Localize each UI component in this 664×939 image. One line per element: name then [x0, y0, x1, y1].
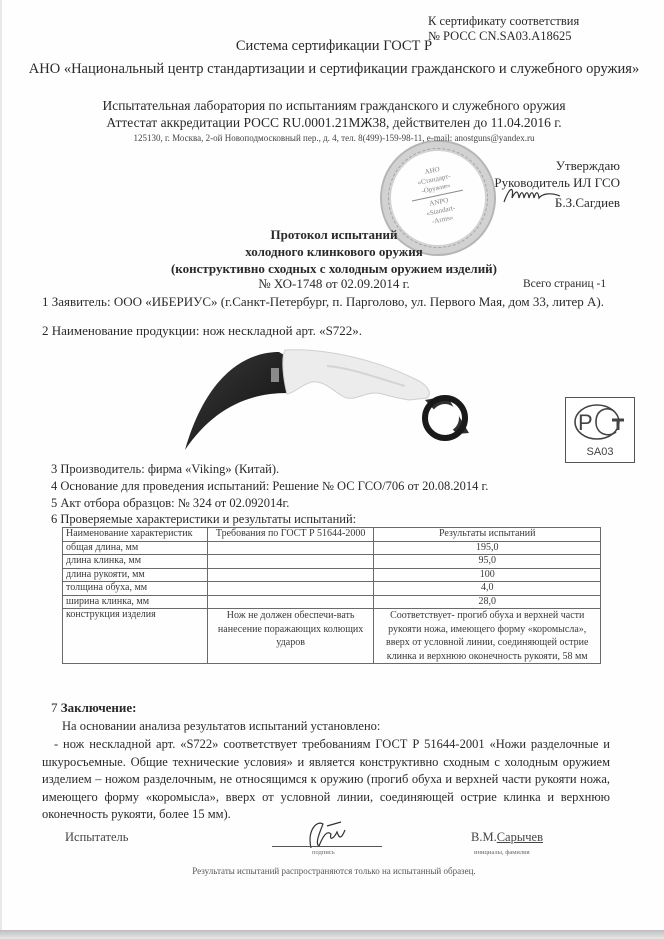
table-row: длина рукояти, мм 100	[63, 568, 601, 582]
lab-address: 125130, г. Москва, 2-ой Новоподмосковный…	[2, 133, 664, 143]
stamp-text: АНО «Стандарт- -Оружие» ANPO «Standart- …	[402, 160, 474, 233]
cell-result: 195,0	[374, 541, 601, 555]
cell-requirement	[207, 568, 374, 582]
cell-result: 28,0	[374, 595, 601, 609]
tester-role: Испытатель	[65, 830, 128, 845]
protocol-title-line: холодного клинкового оружия	[2, 243, 664, 260]
column-header-characteristic: Наименование характеристик	[63, 528, 208, 542]
cell-result: 4,0	[374, 582, 601, 596]
certificate-ref-line: К сертификату соответствия	[428, 14, 579, 29]
protocol-title-line: (конструктивно сходных с холодным оружие…	[2, 260, 664, 277]
knife-photo-icon	[177, 338, 497, 458]
cell-result: 95,0	[374, 555, 601, 569]
table-row: конструкция изделия Нож не должен обеспе…	[63, 609, 601, 664]
manufacturer: 3 Производитель: фирма «Viking» (Китай).	[51, 462, 279, 477]
rst-logo-icon: P	[566, 398, 634, 444]
table-header-row: Наименование характеристик Требования по…	[63, 528, 601, 542]
cell-name: толщина обуха, мм	[63, 582, 208, 596]
approval-heading: Утверждаю	[482, 157, 620, 174]
table-row: толщина обуха, мм 4,0	[63, 582, 601, 596]
table-row: общая длина, мм 195,0	[63, 541, 601, 555]
applicant-text: 1 Заявитель: ООО «ИБЕРИУС» (г.Санкт-Пете…	[42, 294, 604, 309]
document-page: К сертификату соответствия № РОСС CN.SA0…	[0, 0, 664, 930]
approval-signature-icon	[502, 184, 562, 206]
column-header-result: Результаты испытаний	[374, 528, 601, 542]
conclusion-number: 7	[51, 700, 61, 715]
rst-certification-mark-icon: P SA03	[565, 397, 635, 463]
conclusion-body: - нож нескладной арт. «S722» соответству…	[42, 737, 610, 821]
conclusion-heading: 7 Заключение:	[51, 700, 137, 716]
table-row: ширина клинка, мм 28,0	[63, 595, 601, 609]
organization-name: АНО «Национальный центр стандартизации и…	[2, 60, 664, 79]
protocol-title: Протокол испытаний холодного клинкового …	[2, 226, 664, 277]
signature-caption: подпись	[312, 849, 335, 856]
conclusion-title: Заключение:	[61, 700, 137, 715]
tester-surname: Сарычев	[497, 830, 543, 844]
cell-name: ширина клинка, мм	[63, 595, 208, 609]
page-bottom-shadow	[0, 930, 664, 939]
characteristics-heading: 6 Проверяемые характеристики и результат…	[51, 512, 356, 527]
cell-requirement	[207, 555, 374, 569]
tester-initials: В.М.	[471, 830, 497, 844]
rst-code: SA03	[566, 446, 634, 458]
cell-result: 100	[374, 568, 601, 582]
protocol-title-line: Протокол испытаний	[2, 226, 664, 243]
cell-requirement: Нож не должен обеспечи-вать нанесение по…	[207, 609, 374, 664]
applicant: 1 Заявитель: ООО «ИБЕРИУС» (г.Санкт-Пете…	[42, 294, 608, 309]
cell-name: конструкция изделия	[63, 609, 208, 664]
test-basis: 4 Основание для проведения испытаний: Ре…	[51, 479, 488, 494]
signature-line	[272, 846, 382, 847]
cell-requirement	[207, 541, 374, 555]
cell-name: длина клинка, мм	[63, 555, 208, 569]
cell-requirement	[207, 582, 374, 596]
cell-result: Соответствует- прогиб обуха и верхней ча…	[374, 609, 601, 664]
name-caption: инициалы, фамилия	[474, 849, 530, 856]
column-header-requirement: Требования по ГОСТ Р 51644-2000	[207, 528, 374, 542]
cell-requirement	[207, 595, 374, 609]
results-table: Наименование характеристик Требования по…	[62, 527, 601, 664]
footer-note: Результаты испытаний распространяются то…	[2, 866, 664, 876]
cell-name: общая длина, мм	[63, 541, 208, 555]
tester-name: В.М.Сарычев	[471, 830, 543, 845]
conclusion-text: - нож нескладной арт. «S722» соответству…	[42, 736, 610, 824]
lab-name: Испытательная лаборатория по испытаниям …	[2, 98, 664, 114]
cell-name: длина рукояти, мм	[63, 568, 208, 582]
sampling-act: 5 Акт отбора образцов: № 324 от 02.09201…	[51, 496, 289, 511]
total-pages: Всего страниц -1	[523, 278, 606, 290]
product-name: 2 Наименование продукции: нож нескладной…	[42, 323, 362, 338]
table-row: длина клинка, мм 95,0	[63, 555, 601, 569]
svg-text:P: P	[578, 410, 593, 435]
system-title: Система сертификации ГОСТ Р	[2, 38, 664, 55]
conclusion-intro: На основании анализа результатов испытан…	[62, 719, 380, 734]
accreditation: Аттестат аккредитации РОСС RU.0001.21МЖ3…	[2, 115, 664, 131]
